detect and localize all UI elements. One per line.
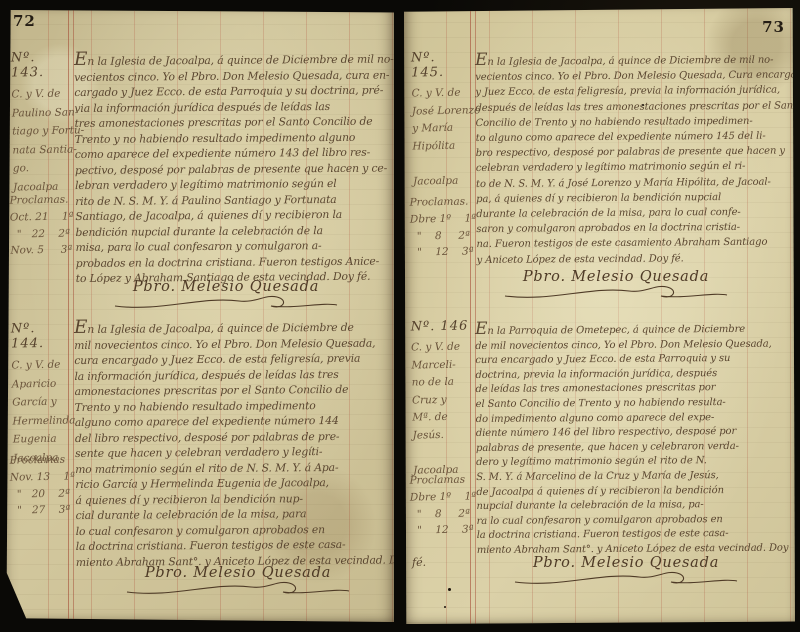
- signature-flourish: [501, 282, 731, 302]
- proclamas-label: Proclamas: [9, 451, 75, 469]
- entry-parties: C. y V. dePaulino San-tiago y Fortu-nata…: [11, 84, 75, 196]
- signature-text: Pbro. Melesio Quesada: [533, 555, 719, 571]
- ink-speck: [642, 104, 644, 106]
- margin-line: C. y V. de: [11, 355, 73, 375]
- margin-line: C. y V. de: [11, 84, 73, 104]
- margin-line: nata Santia-: [12, 140, 74, 160]
- proclamas-line: Dbre 1º 1ª: [410, 210, 476, 228]
- margin-line: Marceli-: [411, 356, 473, 375]
- entry-146-body-tail: fé.: [412, 556, 426, 569]
- entry-146-signature: Pbro. Melesio Quesada: [496, 552, 756, 588]
- signature-text: Pbro. Melesio Quesada: [523, 269, 709, 285]
- entry-144-proclamas: Proclamas Nov. 13 1ª " 20 2ª " 27 3ª: [9, 451, 76, 519]
- entry-number: Nº. 143.: [11, 49, 74, 80]
- proclamas-label: Proclamas.: [9, 191, 75, 209]
- margin-line: Hipólita: [412, 137, 474, 156]
- entry-number: Nº. 144.: [11, 320, 74, 351]
- entry-146-margin: Nº. 146 C. y V. deMarceli-no de laCruz y…: [411, 318, 476, 479]
- proclamas-line: Dbre 1º 1ª: [410, 488, 476, 506]
- proclamas-line: Nov. 5 3ª: [10, 241, 76, 259]
- entry-number: Nº. 146: [411, 318, 473, 334]
- proclamas-label: Proclamas: [409, 471, 475, 489]
- register-scan: 72 Nº. 143. C. y V. dePaulino San-tiago …: [0, 0, 800, 632]
- record-line: to de N. S. M. Y. á José Lorenzo y María…: [476, 174, 794, 192]
- record-line: como aparece del expediente número 143 d…: [75, 144, 394, 162]
- record-line: de mil novecientos cinco, Yo el Pbro. Do…: [475, 337, 793, 354]
- entry-143-signature: Pbro. Melesio Quesada: [106, 276, 346, 312]
- margin-line: Aparicio: [12, 374, 74, 394]
- margin-line: go.: [13, 158, 75, 178]
- entry-143-body: En la Iglesia de Jacoalpa, á quince de D…: [74, 49, 394, 286]
- margin-line: Hermelinda: [12, 411, 74, 431]
- page-72: 72 Nº. 143. C. y V. dePaulino San-tiago …: [6, 10, 394, 622]
- record-line: pectivo, desposé por palabras de present…: [75, 160, 394, 178]
- margin-line: Paulino San-: [12, 103, 74, 123]
- proclamas-line: " 12 3ª: [410, 243, 476, 261]
- entry-145-body: En la Iglesia de Jacoalpa, á quince de D…: [475, 51, 795, 268]
- margin-line: José Lorenzo: [412, 102, 474, 121]
- ink-speck: [448, 588, 451, 591]
- proclamas-dates: Oct. 21 1ª " 22 2ªNov. 5 3ª: [10, 208, 77, 259]
- margin-line: tiago y Fortu-: [12, 121, 74, 141]
- entry-143-margin: Nº. 143. C. y V. dePaulino San-tiago y F…: [11, 49, 76, 196]
- entry-144-signature: Pbro. Melesio Quesada: [118, 562, 358, 598]
- record-line: na. Fueron testigos de este casamiento A…: [476, 235, 794, 253]
- signature-flourish: [511, 568, 741, 588]
- entry-146-body: En la Parroquia de Ometepec, á quince de…: [475, 320, 795, 559]
- record-line: tres amonestaciones prescritas por el Sa…: [75, 113, 394, 131]
- record-line: cargado y Juez Ecco. de esta Parroquia y…: [74, 82, 394, 100]
- proclamas-line: Oct. 21 1ª: [10, 208, 76, 226]
- margin-line: no de la: [412, 373, 474, 392]
- proclamas-line: " 8 2ª: [410, 227, 476, 245]
- ink-speck: [444, 606, 446, 608]
- proclamas-line: " 8 2ª: [410, 505, 476, 523]
- signature-flourish: [111, 292, 341, 312]
- proclamas-line: " 27 3ª: [10, 501, 76, 519]
- margin-line: Eugenia: [13, 429, 75, 449]
- margin-line: C. y V. de: [411, 338, 473, 357]
- entry-144-body: En la Iglesia de Jacoalpa, á quince de D…: [74, 317, 394, 570]
- record-line: bro respectivo, desposé por palabras de …: [476, 144, 794, 162]
- margin-line: Cruz y: [412, 391, 474, 410]
- entry-143-proclamas: Proclamas. Oct. 21 1ª " 22 2ªNov. 5 3ª: [9, 191, 76, 259]
- proclamas-line: Nov. 13 1ª: [10, 468, 76, 486]
- entry-145-proclamas: Proclamas. Dbre 1º 1ª " 8 2ª " 12 3ª: [409, 193, 476, 261]
- entry-145-margin: Nº. 145. C. y V. deJosé Lorenzoy MaríaHi…: [411, 49, 475, 190]
- margin-line: y María: [412, 119, 474, 138]
- proclamas-label: Proclamas.: [409, 193, 475, 211]
- signature-text: Pbro. Melesio Quesada: [133, 279, 319, 295]
- margin-line: Jacoalpa: [413, 172, 475, 191]
- proclamas-dates: Dbre 1º 1ª " 8 2ª " 12 3ª: [410, 488, 477, 539]
- proclamas-dates: Nov. 13 1ª " 20 2ª " 27 3ª: [10, 468, 77, 519]
- proclamas-line: " 22 2ª: [10, 225, 76, 243]
- margin-line: C. y V. de: [411, 84, 473, 103]
- page-number: 73: [762, 18, 785, 36]
- entry-146-proclamas: Proclamas Dbre 1º 1ª " 8 2ª " 12 3ª: [409, 471, 476, 539]
- margin-line: Mª. de: [412, 408, 474, 427]
- proclamas-dates: Dbre 1º 1ª " 8 2ª " 12 3ª: [410, 210, 477, 261]
- entry-number: Nº. 145.: [411, 49, 474, 80]
- signature-text: Pbro. Melesio Quesada: [145, 565, 331, 581]
- page-73: 73 Nº. 145. C. y V. deJosé Lorenzoy Marí…: [404, 8, 795, 624]
- page-number: 72: [13, 12, 36, 30]
- entry-parties: C. y V. deJosé Lorenzoy MaríaHipólitaJac…: [411, 84, 475, 190]
- record-line: amonestaciones prescritas por el Santo C…: [75, 381, 394, 399]
- margin-line: [413, 443, 475, 462]
- signature-flourish: [123, 578, 353, 598]
- record-line: En la Iglesia de Jacoalpa, á quince de D…: [74, 49, 394, 69]
- margin-line: García y: [12, 392, 74, 412]
- entry-144-margin: Nº. 144. C. y V. deAparicioGarcía yHerme…: [11, 320, 76, 467]
- margin-line: [413, 154, 475, 173]
- margin-line: Jesús.: [412, 426, 474, 445]
- record-line: cura encargado y Juez Ecco. de esta feli…: [74, 350, 394, 368]
- record-line: En la Iglesia de Jacoalpa, á quince de D…: [74, 317, 394, 337]
- entry-parties: C. y V. deMarceli-no de laCruz yMª. deJe…: [411, 338, 475, 479]
- entry-145-signature: Pbro. Melesio Quesada: [486, 266, 746, 302]
- proclamas-line: " 20 2ª: [10, 485, 76, 503]
- proclamas-line: " 12 3ª: [410, 521, 476, 539]
